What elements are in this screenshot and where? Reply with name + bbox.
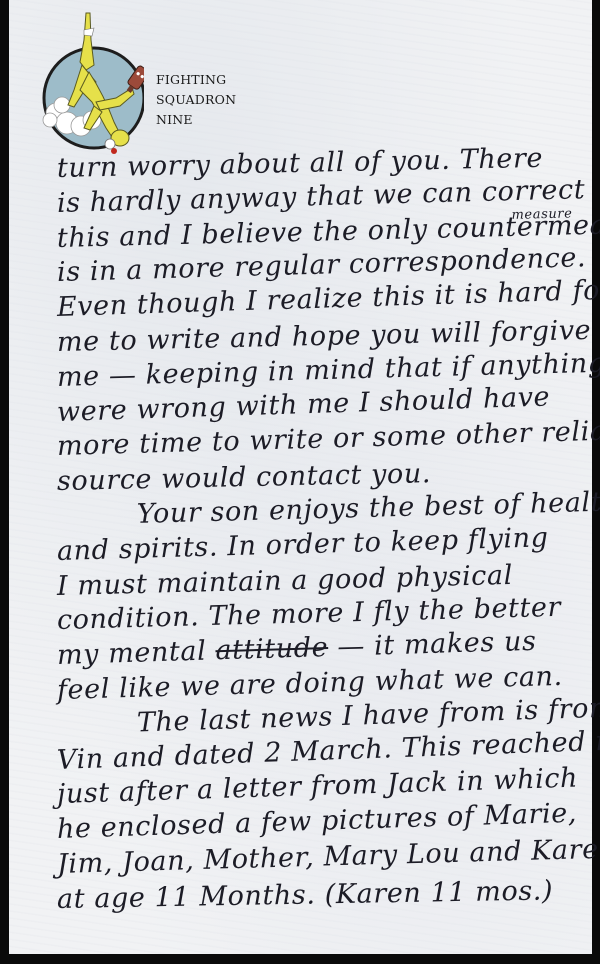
letterhead-line-1: FIGHTING [156, 70, 236, 90]
line-text: — it makes us [328, 626, 537, 663]
letterhead-line-2: SQUADRON [156, 90, 236, 110]
line-text: at age 11 Months. (Karen 11 mos.) [57, 875, 554, 915]
squadron-insignia-icon [34, 10, 144, 155]
handwritten-letter-body: turn worry about all of you. There is ha… [57, 152, 597, 918]
letterhead-line-3: NINE [156, 110, 236, 130]
line-text: my mental [57, 635, 216, 671]
superscript-correction: measure [511, 207, 572, 221]
struck-word: attitude [215, 632, 329, 666]
letterhead-title: FIGHTING SQUADRON NINE [156, 70, 236, 130]
letter-page: FIGHTING SQUADRON NINE turn worry about … [9, 0, 592, 954]
